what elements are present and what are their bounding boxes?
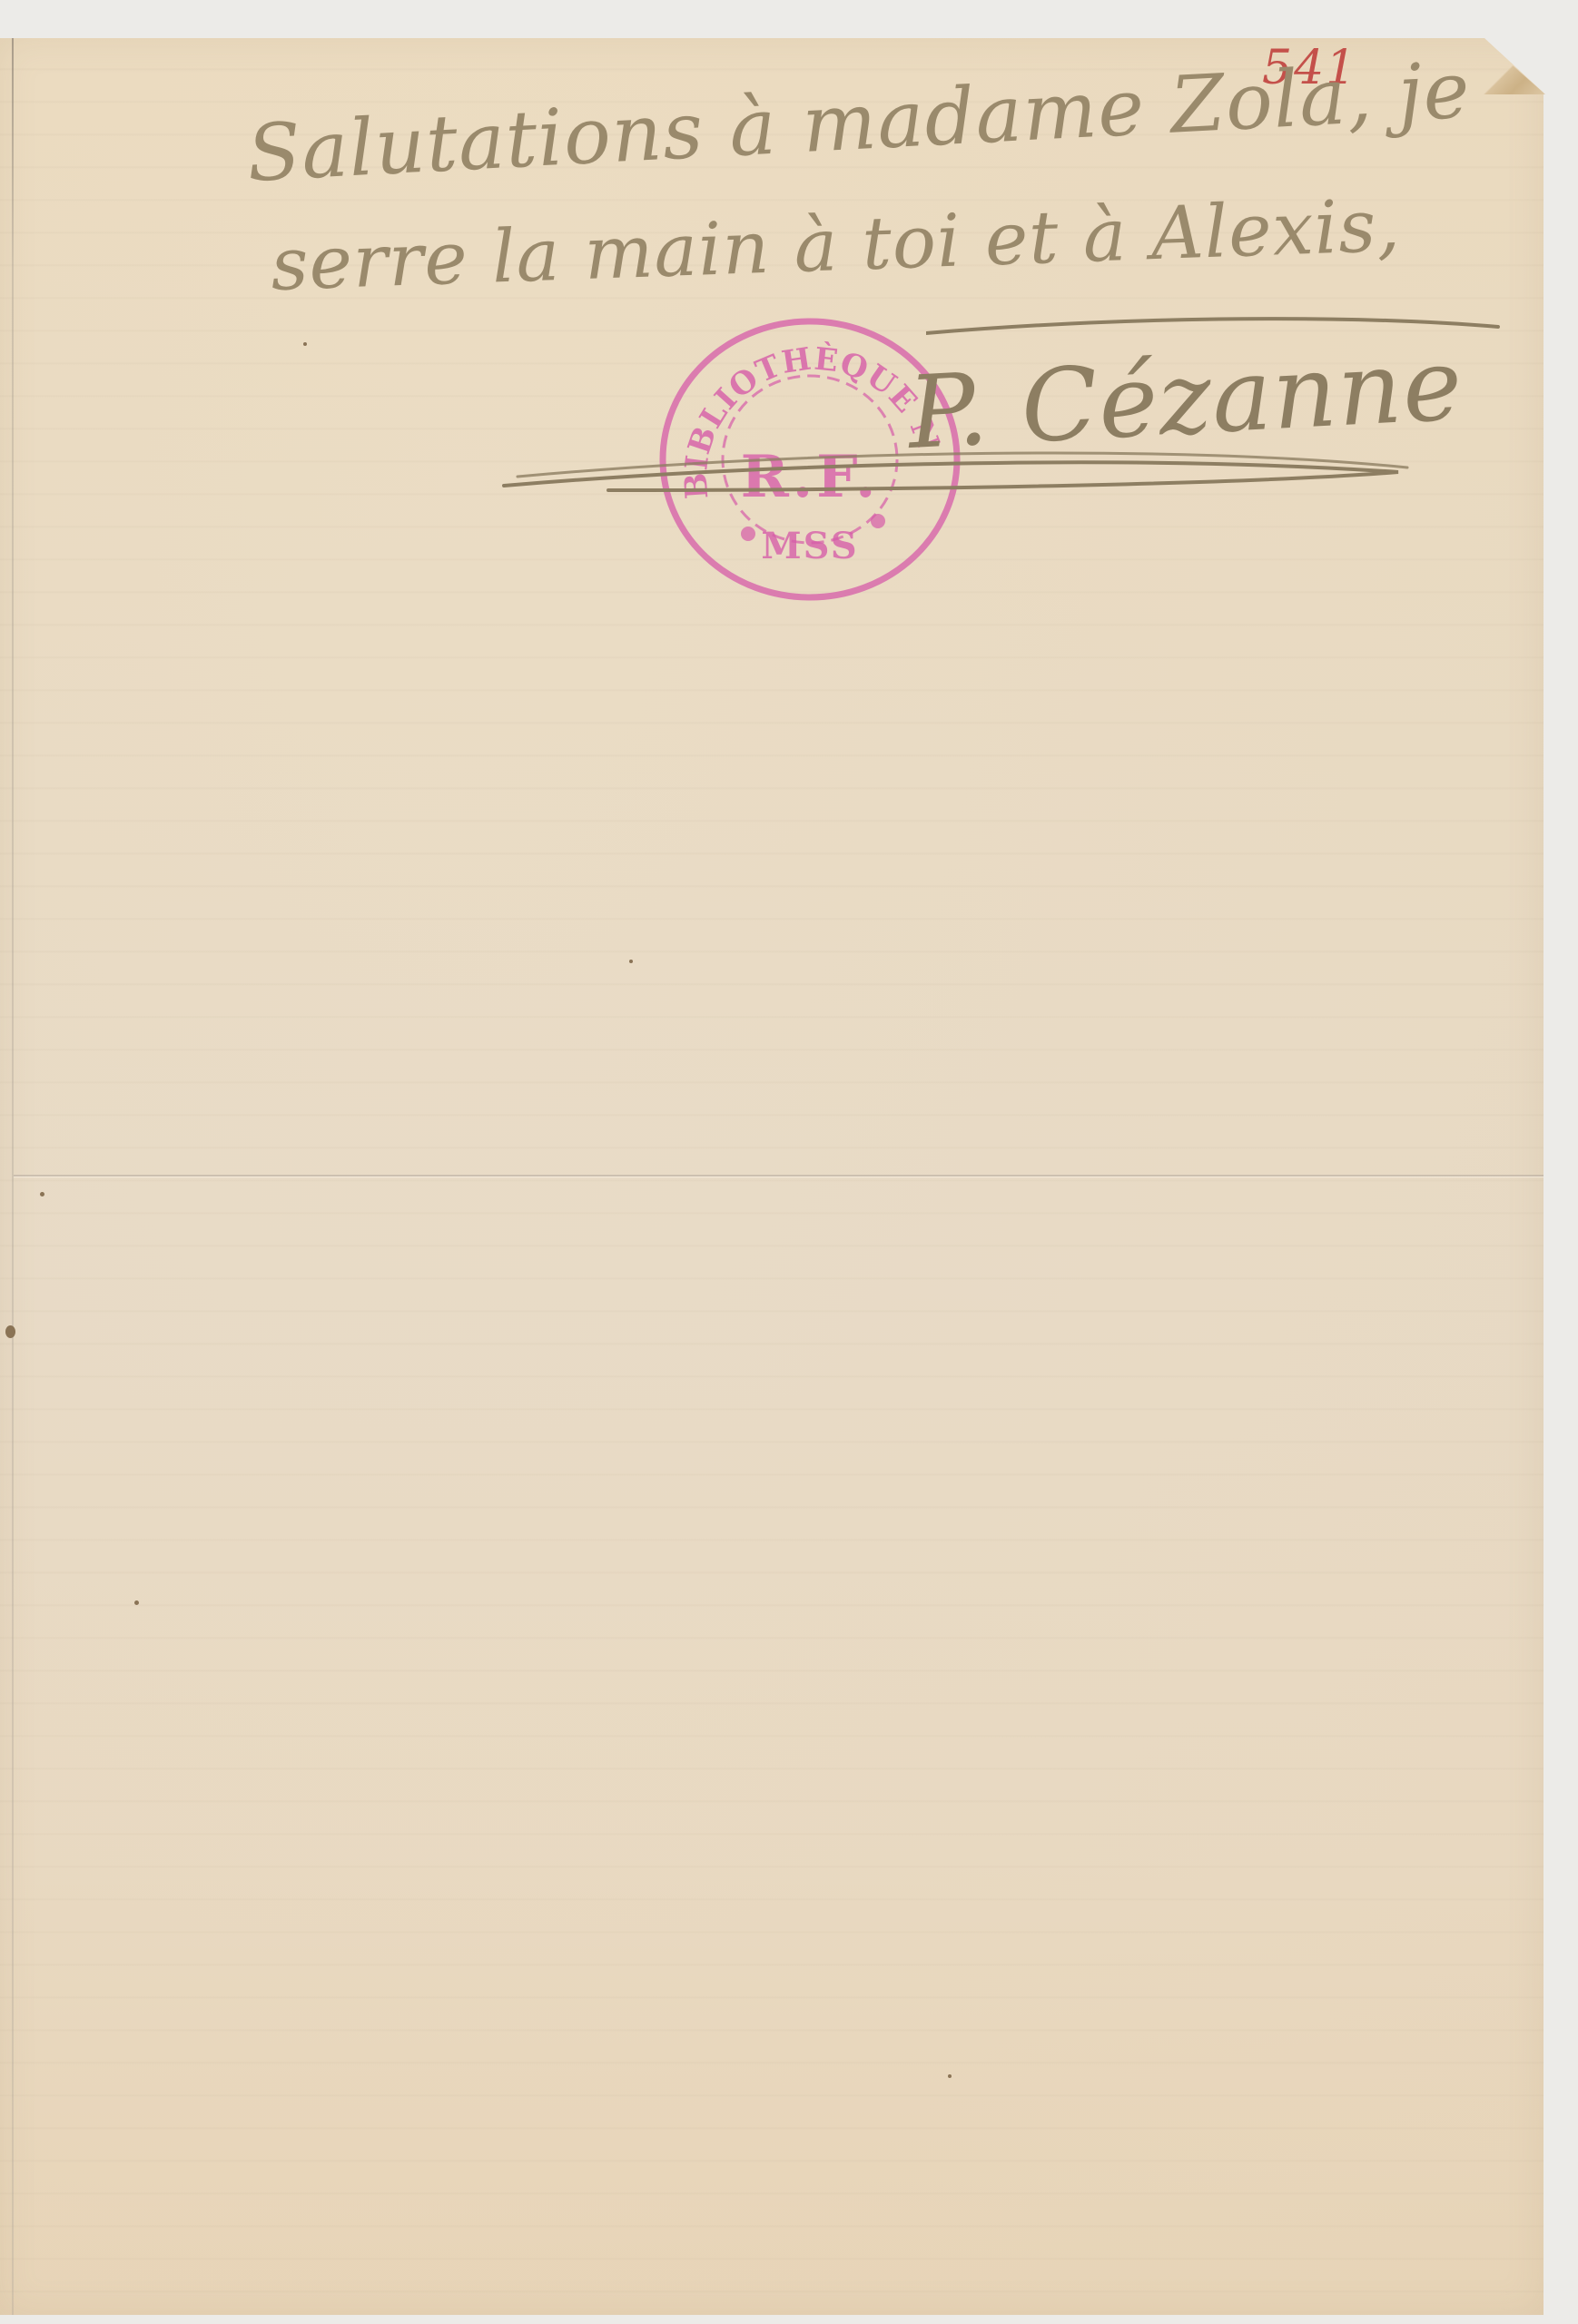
signature-flourish-icon [499, 445, 1416, 499]
ink-speck [303, 342, 307, 346]
ink-speck [5, 1325, 15, 1338]
ink-speck [948, 2074, 952, 2078]
ink-speck [40, 1192, 44, 1196]
ink-speck [629, 960, 633, 963]
fold-crease [14, 1175, 1543, 1177]
binding-edge [12, 38, 14, 2315]
signature-upper-stroke-icon [926, 313, 1507, 340]
stamp-bottom-text: MSS [656, 525, 964, 567]
ink-speck [134, 1600, 139, 1605]
